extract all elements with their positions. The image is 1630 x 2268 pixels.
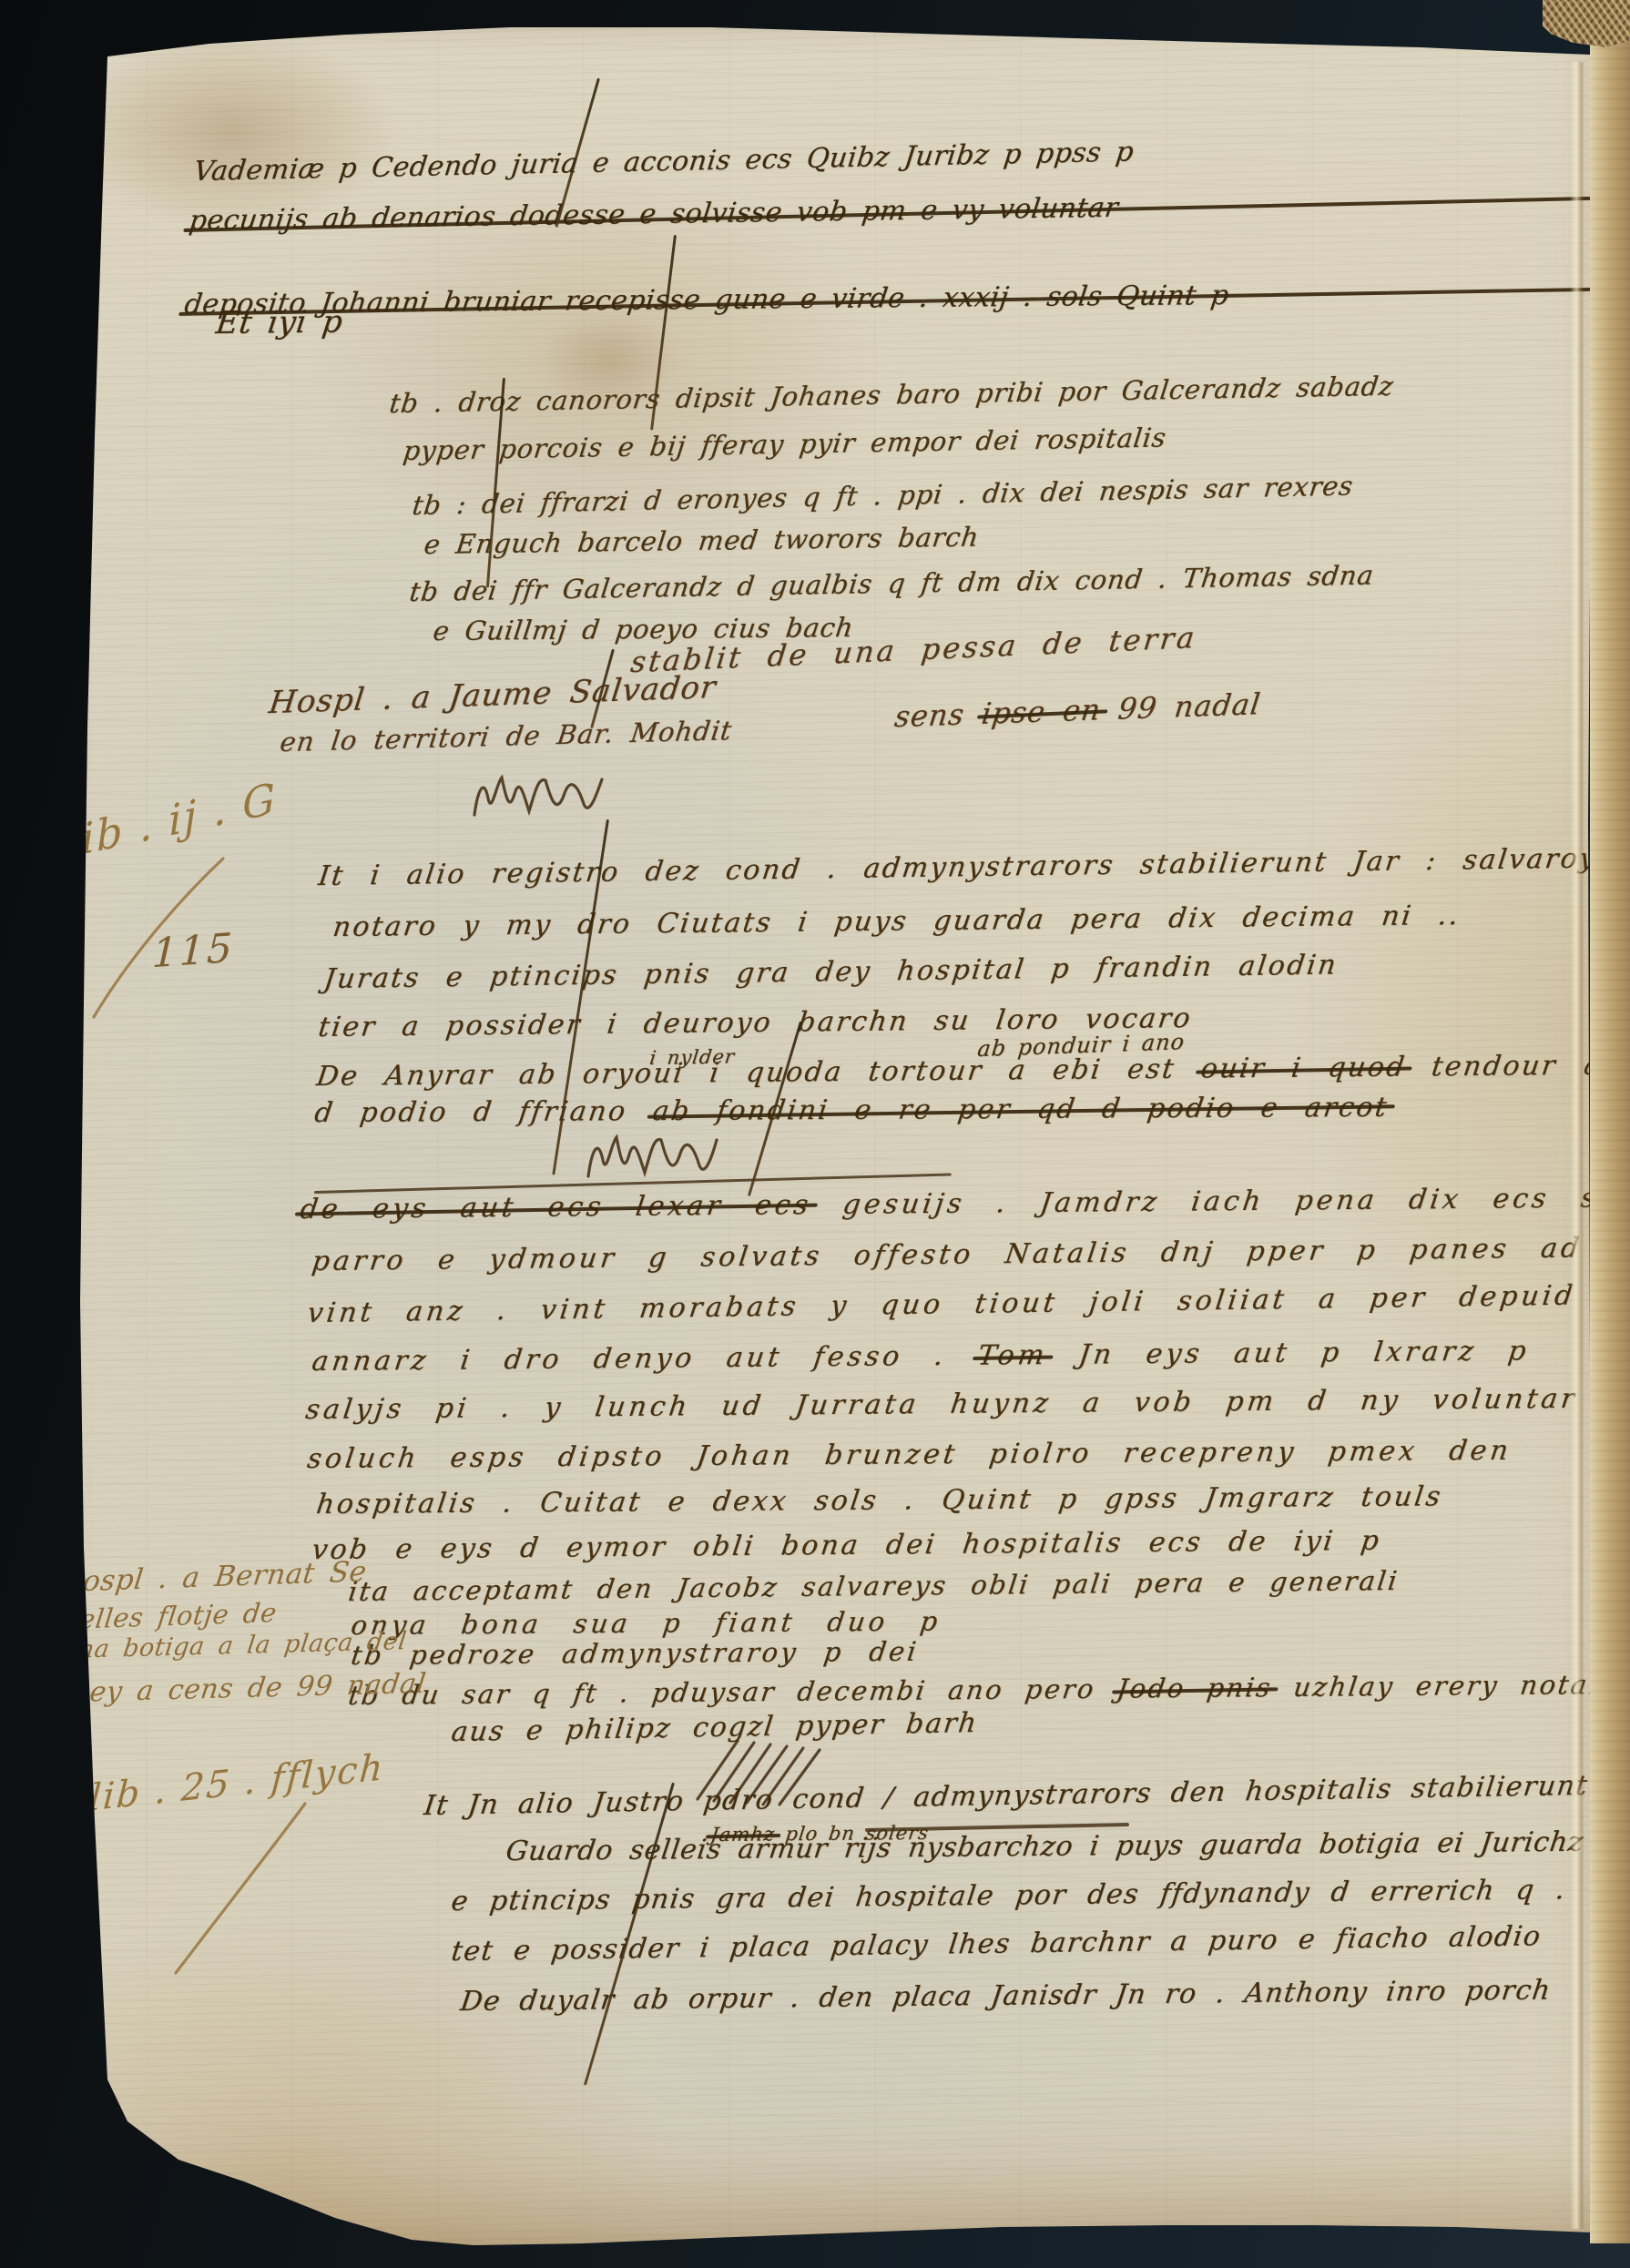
entry3-line2: parro e ydmour g solvats offesto Natalis… (310, 1232, 1584, 1277)
entry2-line5-c: tendour q (1430, 1050, 1605, 1083)
entry3-line8: vob e eys d eymor obli bona dei hospital… (310, 1525, 1383, 1566)
entry2-line2: notaro y my dro Ciutats i puys guarda pe… (331, 900, 1462, 943)
entry1-line2-cancelled: pecunijs ab denarios dodesse e solvisse … (188, 182, 1630, 237)
entry1-line3-cancelled: deposito Johanni bruniar recepisse gune … (182, 274, 1630, 320)
rubric1-left-line2: en lo territori de Bar. Mohdit (279, 715, 735, 758)
entry1-line1: Vademiæ p Cedendo juria e acconis ecs Qu… (192, 136, 1136, 188)
entry4-line3: e ptincips pnis gra dei hospitale por de… (449, 1874, 1567, 1917)
entry2-line5-b-cancelled: ouir i quod (1199, 1052, 1409, 1085)
entry3-line7: hospitalis . Cuitat e dexx sols . Quint … (314, 1480, 1444, 1520)
entry3-line1-a-cancelled: de eys aut ecs lexar ecs (298, 1189, 813, 1226)
entry3-line12-c: uzhlay erery notaro . (1291, 1668, 1630, 1702)
entry3-line11: tb pedroze admynystraroy p dei (349, 1636, 920, 1671)
margin-hospital-note-line2: selles flotje de (64, 1597, 279, 1635)
entry2-line5-a: De Anyrar ab oryoui i quoda tortour a eb… (314, 1053, 1177, 1093)
ink-stain (537, 310, 683, 410)
entry2-line6: d podio d ffriano ab fondini e re per qd… (312, 1092, 1391, 1129)
witness-line2: pyper porcois e bij fferay pyir empor de… (402, 422, 1168, 466)
entry2-line5: De Anyrar ab oryoui i quoda tortour a eb… (314, 1050, 1604, 1093)
binding-crease (1570, 62, 1584, 2229)
entry3-line4-b-cancelled: Tom (976, 1339, 1050, 1372)
rubric1-left: Hospl . a Jaume Salvador (267, 669, 718, 721)
scribble-mark (583, 1129, 719, 1184)
rubric1-cens-c: 99 nadal (1116, 687, 1263, 727)
binding-weave (1543, 0, 1630, 47)
margin-flourish (168, 1798, 314, 1980)
entry3-line1-b: gesuijs . Jamdrz iach pena dix ecs sub (840, 1182, 1630, 1221)
entry2-line6-b-cancelled: ab fondini e re per qd d podio e arcot (650, 1092, 1391, 1127)
entry2-line1: It i alio registro dez cond . admynystra… (317, 842, 1615, 892)
entry3-line6: soluch esps dipsto Johan brunzet piolro … (305, 1435, 1513, 1475)
rubric1-cens-a: sens (892, 697, 966, 734)
entry3-line3: vint anz . vint morabats y quo tiout jol… (306, 1280, 1578, 1330)
entry4-line1: It Jn alio Justro pdro cond / admynystra… (423, 1770, 1590, 1822)
rubric1-cens-note: sens ipse en 99 nadal (892, 687, 1262, 734)
entry3-line5: salyjs pi . y lunch ud Jurrata huynz a v… (303, 1383, 1580, 1426)
entry4-line2: Guardo selleis armur rijs nysbarchzo i p… (504, 1826, 1585, 1867)
entry3-line4-a: annarz i dro denyo aut fesso . (310, 1340, 948, 1378)
entry4-line4: tet e possider i placa palacy lhes barch… (450, 1920, 1543, 1968)
entry2-line3: Jurats e ptincips pnis gra dey hospital … (322, 949, 1340, 995)
entry3-line4: annarz i dro denyo aut fesso . Tom Jn ey… (310, 1335, 1531, 1378)
paper-sheet: Vademiæ p Cedendo juria e acconis ecs Qu… (0, 0, 1630, 2268)
witness-line5: tb dei ffr Galcerandz d gualbis q ft dm … (408, 560, 1376, 608)
rubric1-cens-b-cancelled: ipse en (980, 692, 1103, 731)
entry3-line12-b-cancelled: Jodo pnis (1116, 1672, 1275, 1704)
entry2-line6-a: d podio d ffriano (312, 1095, 629, 1129)
entry1-line4: Et iyi p (214, 304, 345, 342)
entry4-line5: De duyalr ab orpur . den placa Janisdr J… (458, 1974, 1553, 2018)
entry3-line9: ita acceptamt den Jacobz salvareys obli … (347, 1565, 1401, 1607)
scribble-mark (469, 769, 606, 822)
witness-line4: e Enguch barcelo med tworors barch (423, 521, 981, 560)
gutter-page-edge (1590, 40, 1630, 2243)
margin-hospital-note-line1: Hospl . a Bernat Se (56, 1555, 369, 1599)
manuscript-photo: Vademiæ p Cedendo juria e acconis ecs Qu… (0, 0, 1630, 2268)
entry3-line12: tb du sar q ft . pduysar decembi ano per… (347, 1668, 1630, 1711)
witness-line1: tb . droz canorors dipsit Johanes baro p… (388, 371, 1396, 419)
margin-lib1-folio: 115 (151, 925, 235, 978)
entry3-line1: de eys aut ecs lexar ecs gesuijs . Jamdr… (298, 1182, 1630, 1226)
entry3-line4-c: Jn eys aut p lxrarz p (1076, 1335, 1531, 1370)
witness-line3: tb : dei ffrarzi d eronyes q ft . ppi . … (411, 470, 1355, 521)
entry3-line12-a: tb du sar q ft . pduysar decembi ano per… (347, 1673, 1098, 1711)
